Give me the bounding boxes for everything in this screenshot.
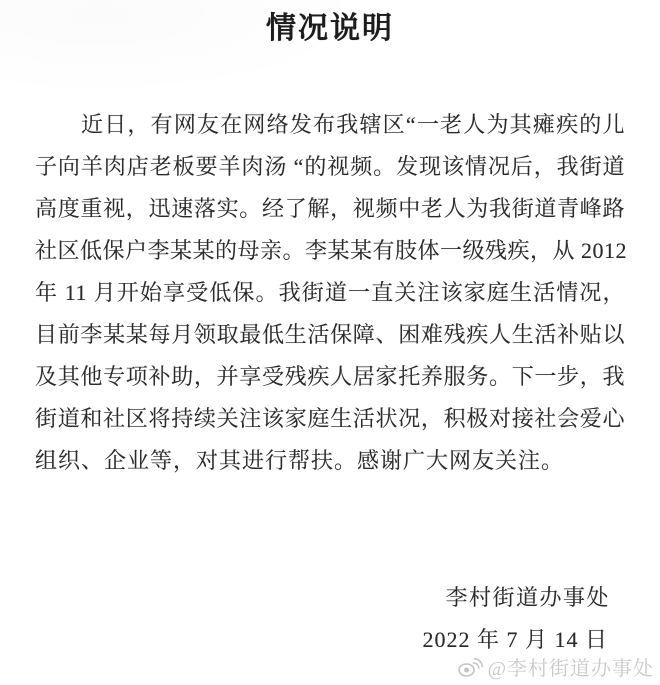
document-title: 情况说明 bbox=[0, 0, 660, 48]
paragraph-line: 目前李某某每月领取最低生活保障、困难残疾人生活补贴以 bbox=[35, 314, 625, 356]
document-page: 情况说明 近日，有网友在网络发布我辖区“一老人为其瘫疾的儿 子向羊肉店老板要羊肉… bbox=[0, 0, 660, 685]
paragraph-line: 高度重视，迅速落实。经了解，视频中老人为我街道青峰路 bbox=[35, 188, 625, 230]
watermark-text: @李村街道办事处 bbox=[488, 652, 654, 681]
paragraph-line: 街道和社区将持续关注该家庭生活状况，积极对接社会爱心 bbox=[35, 398, 625, 440]
paragraph-line: 近日，有网友在网络发布我辖区“一老人为其瘫疾的儿 bbox=[35, 104, 625, 146]
weibo-icon bbox=[457, 656, 483, 678]
paragraph-line: 及其他专项补助，并享受残疾人居家托养服务。下一步，我 bbox=[35, 356, 625, 398]
statement-paragraph: 近日，有网友在网络发布我辖区“一老人为其瘫疾的儿 子向羊肉店老板要羊肉汤 “的视… bbox=[35, 104, 625, 482]
paragraph-line: 年 11 月开始享受低保。我街道一直关注该家庭生活情况， bbox=[35, 272, 625, 314]
signature: 李村街道办事处 bbox=[0, 577, 660, 619]
paragraph-line: 组织、企业等，对其进行帮扶。感谢广大网友关注。 bbox=[35, 440, 625, 482]
watermark: @李村街道办事处 bbox=[457, 652, 654, 681]
paragraph-line: 社区低保户李某某的母亲。李某某有肢体一级残疾，从 2012 bbox=[35, 230, 625, 272]
paragraph-line: 子向羊肉店老板要羊肉汤 “的视频。发现该情况后，我街道 bbox=[35, 146, 625, 188]
